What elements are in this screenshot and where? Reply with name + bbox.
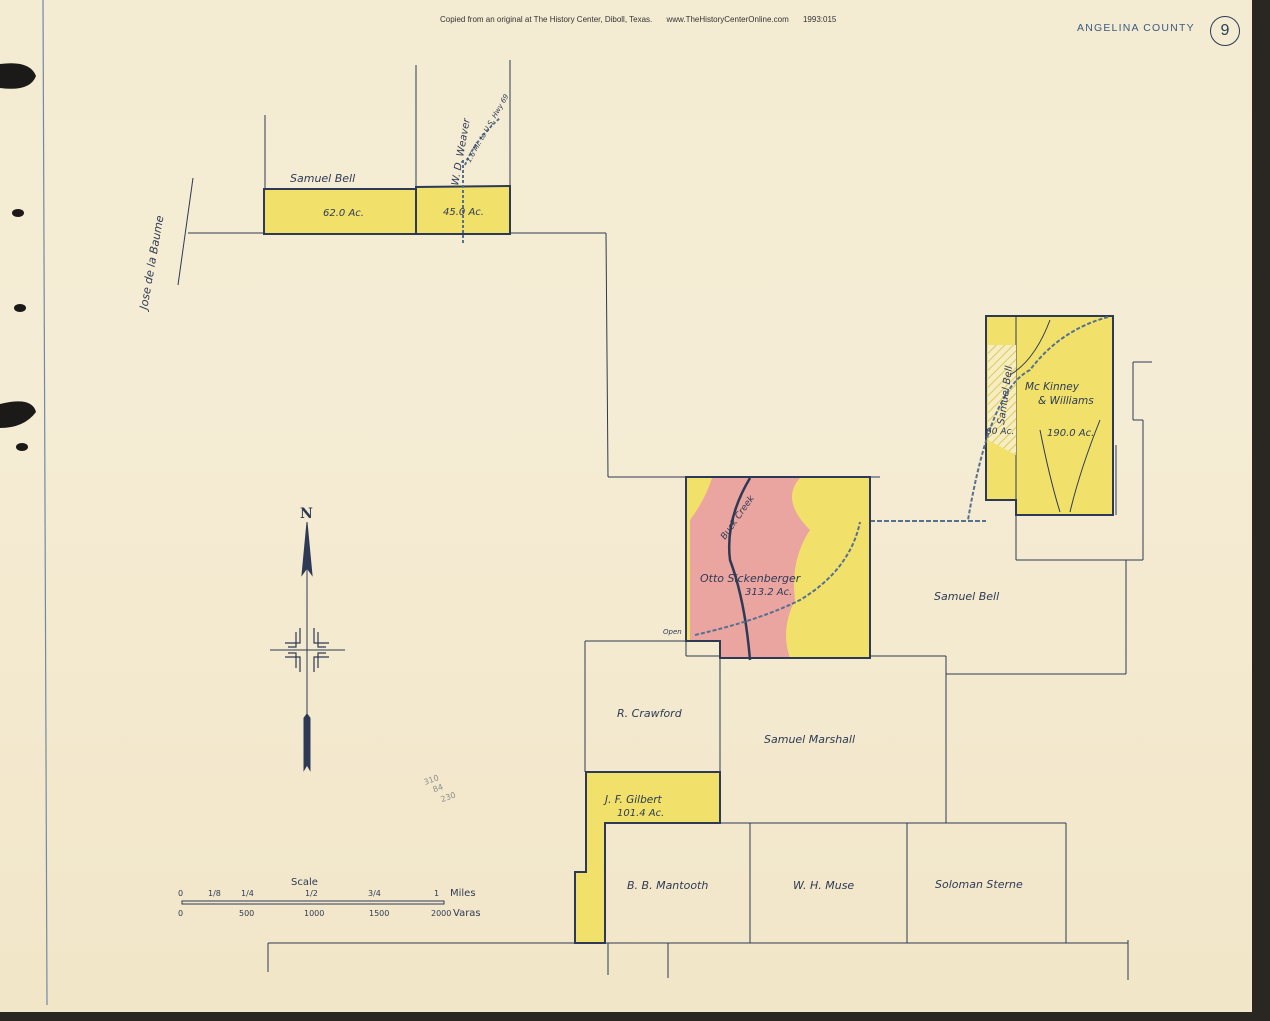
label-acreage-45: 45.0 Ac. <box>443 207 484 218</box>
tract-mckinney-williams[interactable] <box>968 316 1113 520</box>
pencil-note: 310 84 230 <box>423 770 457 808</box>
svg-text:230: 230 <box>440 790 457 804</box>
svg-text:1500: 1500 <box>369 909 389 918</box>
label-acreage-62: 62.0 Ac. <box>323 208 364 219</box>
label-acreage-60: 60 Ac. <box>986 427 1014 437</box>
label-sickenberger: Otto Sickenberger <box>700 572 802 585</box>
label-samuel-bell-mid: Samuel Bell <box>934 590 999 603</box>
label-mantooth: B. B. Mantooth <box>627 879 708 892</box>
svg-text:N: N <box>300 506 313 522</box>
label-road-note: 1.6 Mi. to U.S. Hwy 69 <box>465 92 511 164</box>
label-acreage-101: 101.4 Ac. <box>617 808 664 819</box>
label-acreage-313: 313.2 Ac. <box>745 587 792 598</box>
label-marshall: Samuel Marshall <box>764 733 855 746</box>
svg-text:1/8: 1/8 <box>208 889 221 898</box>
svg-text:Varas: Varas <box>453 908 481 919</box>
scale-bar: Scale 0 1/8 1/4 1/2 3/4 1 Miles 0 500 10… <box>178 877 481 919</box>
north-arrow: N <box>270 506 345 770</box>
svg-text:Miles: Miles <box>450 888 476 899</box>
label-samuel-bell-top: Samuel Bell <box>290 172 355 185</box>
label-mckinney-1: Mc Kinney <box>1025 381 1080 393</box>
binding-holes <box>0 63 36 451</box>
label-crawford: R. Crawford <box>617 707 683 720</box>
svg-text:2000: 2000 <box>431 909 451 918</box>
svg-text:0: 0 <box>178 909 183 918</box>
svg-text:3/4: 3/4 <box>368 889 381 898</box>
svg-text:500: 500 <box>239 909 254 918</box>
svg-text:1/2: 1/2 <box>305 889 318 898</box>
label-muse: W. H. Muse <box>793 879 854 892</box>
tract-sickenberger[interactable] <box>686 477 870 660</box>
svg-text:84: 84 <box>432 782 445 794</box>
label-gilbert: J. F. Gilbert <box>603 794 663 806</box>
svg-text:1: 1 <box>434 889 439 898</box>
label-mckinney-2: & Williams <box>1038 395 1094 407</box>
margin-line <box>43 0 47 1005</box>
svg-text:0: 0 <box>178 889 183 898</box>
svg-text:Scale: Scale <box>291 877 318 888</box>
plat-map: Samuel Bell 62.0 Ac. 45.0 Ac. W. D. Weav… <box>0 0 1270 1021</box>
label-jose-de-la-baume: Jose de la Baume <box>137 214 167 312</box>
label-sterne: Soloman Sterne <box>935 878 1023 891</box>
svg-text:1000: 1000 <box>304 909 324 918</box>
label-acreage-190: 190.0 Ac. <box>1047 428 1094 439</box>
svg-text:1/4: 1/4 <box>241 889 254 898</box>
label-open: Open <box>663 628 682 636</box>
